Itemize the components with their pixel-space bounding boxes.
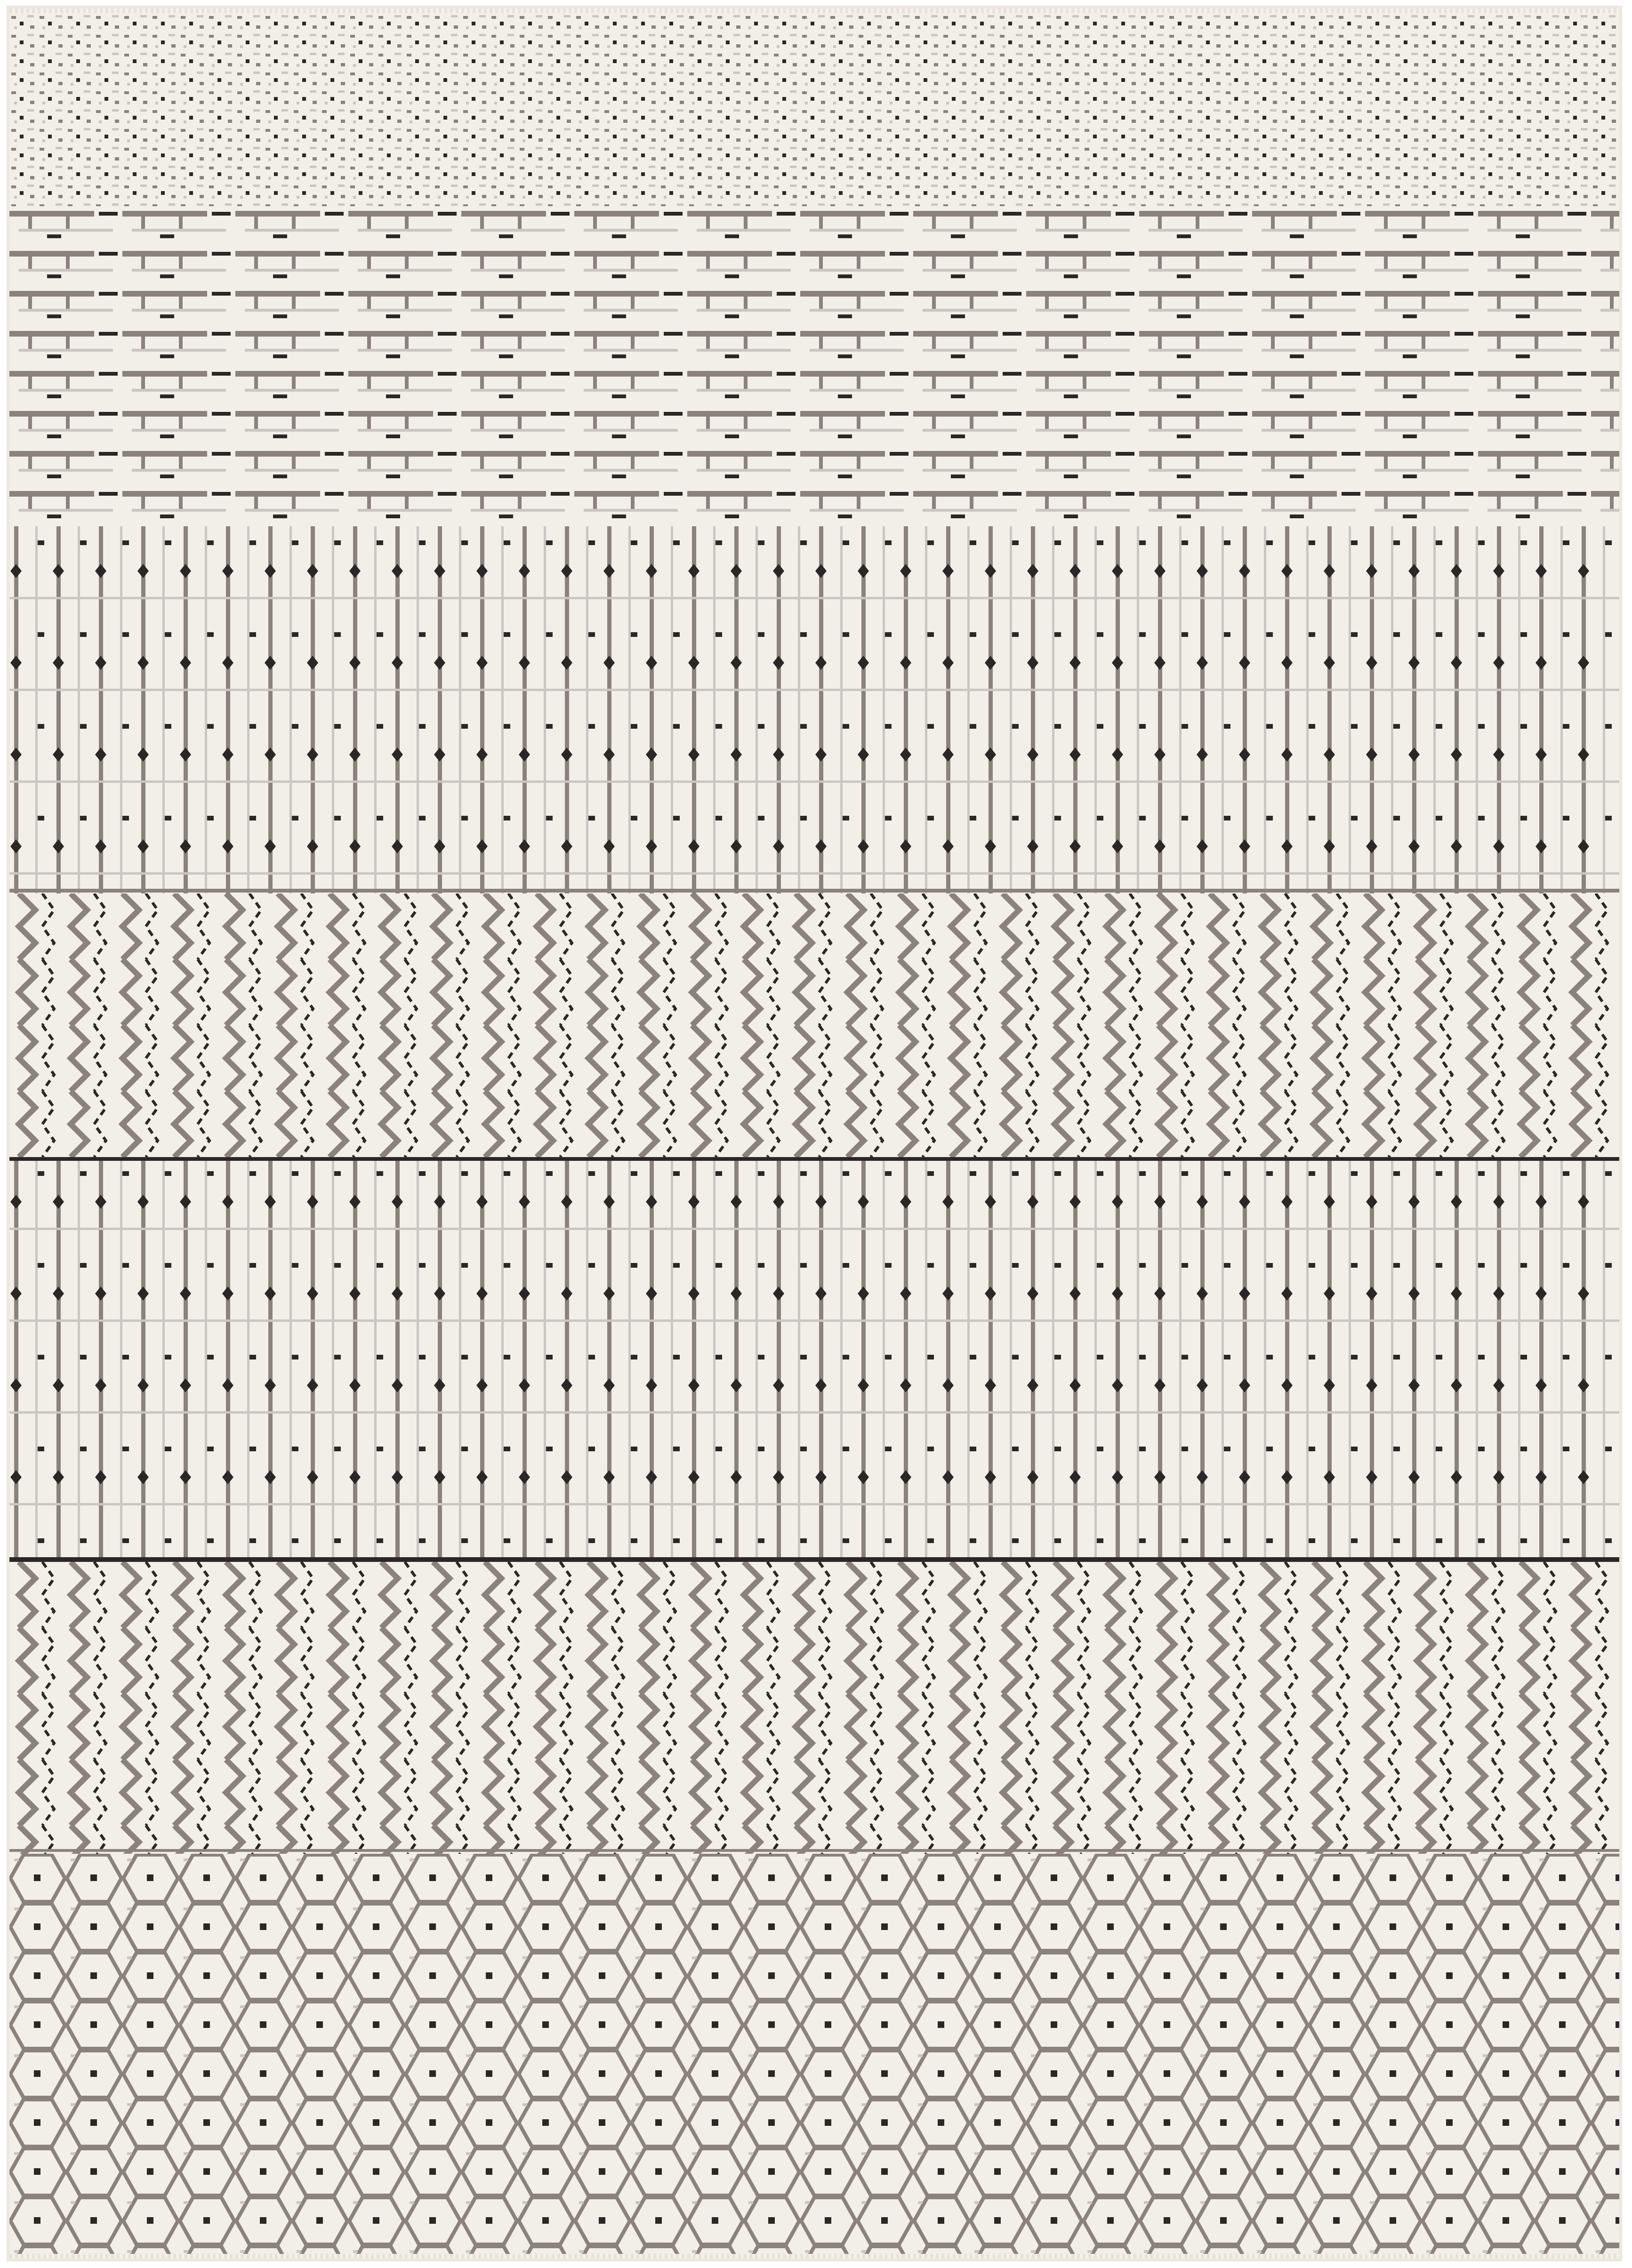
chevron-band-2 (9, 1562, 1619, 1854)
area-rug (9, 8, 1619, 2259)
honeycomb-bottom-band (9, 1854, 1619, 2254)
rug-top-edge (9, 8, 1619, 13)
speckled-top-band (9, 13, 1619, 206)
vertical-bars-band-1 (9, 526, 1619, 893)
chevron-band-1 (9, 893, 1619, 1157)
vertical-bars-band-2 (9, 1157, 1619, 1562)
striped-ladder-band (9, 206, 1619, 526)
rug-bottom-edge (9, 2254, 1619, 2259)
